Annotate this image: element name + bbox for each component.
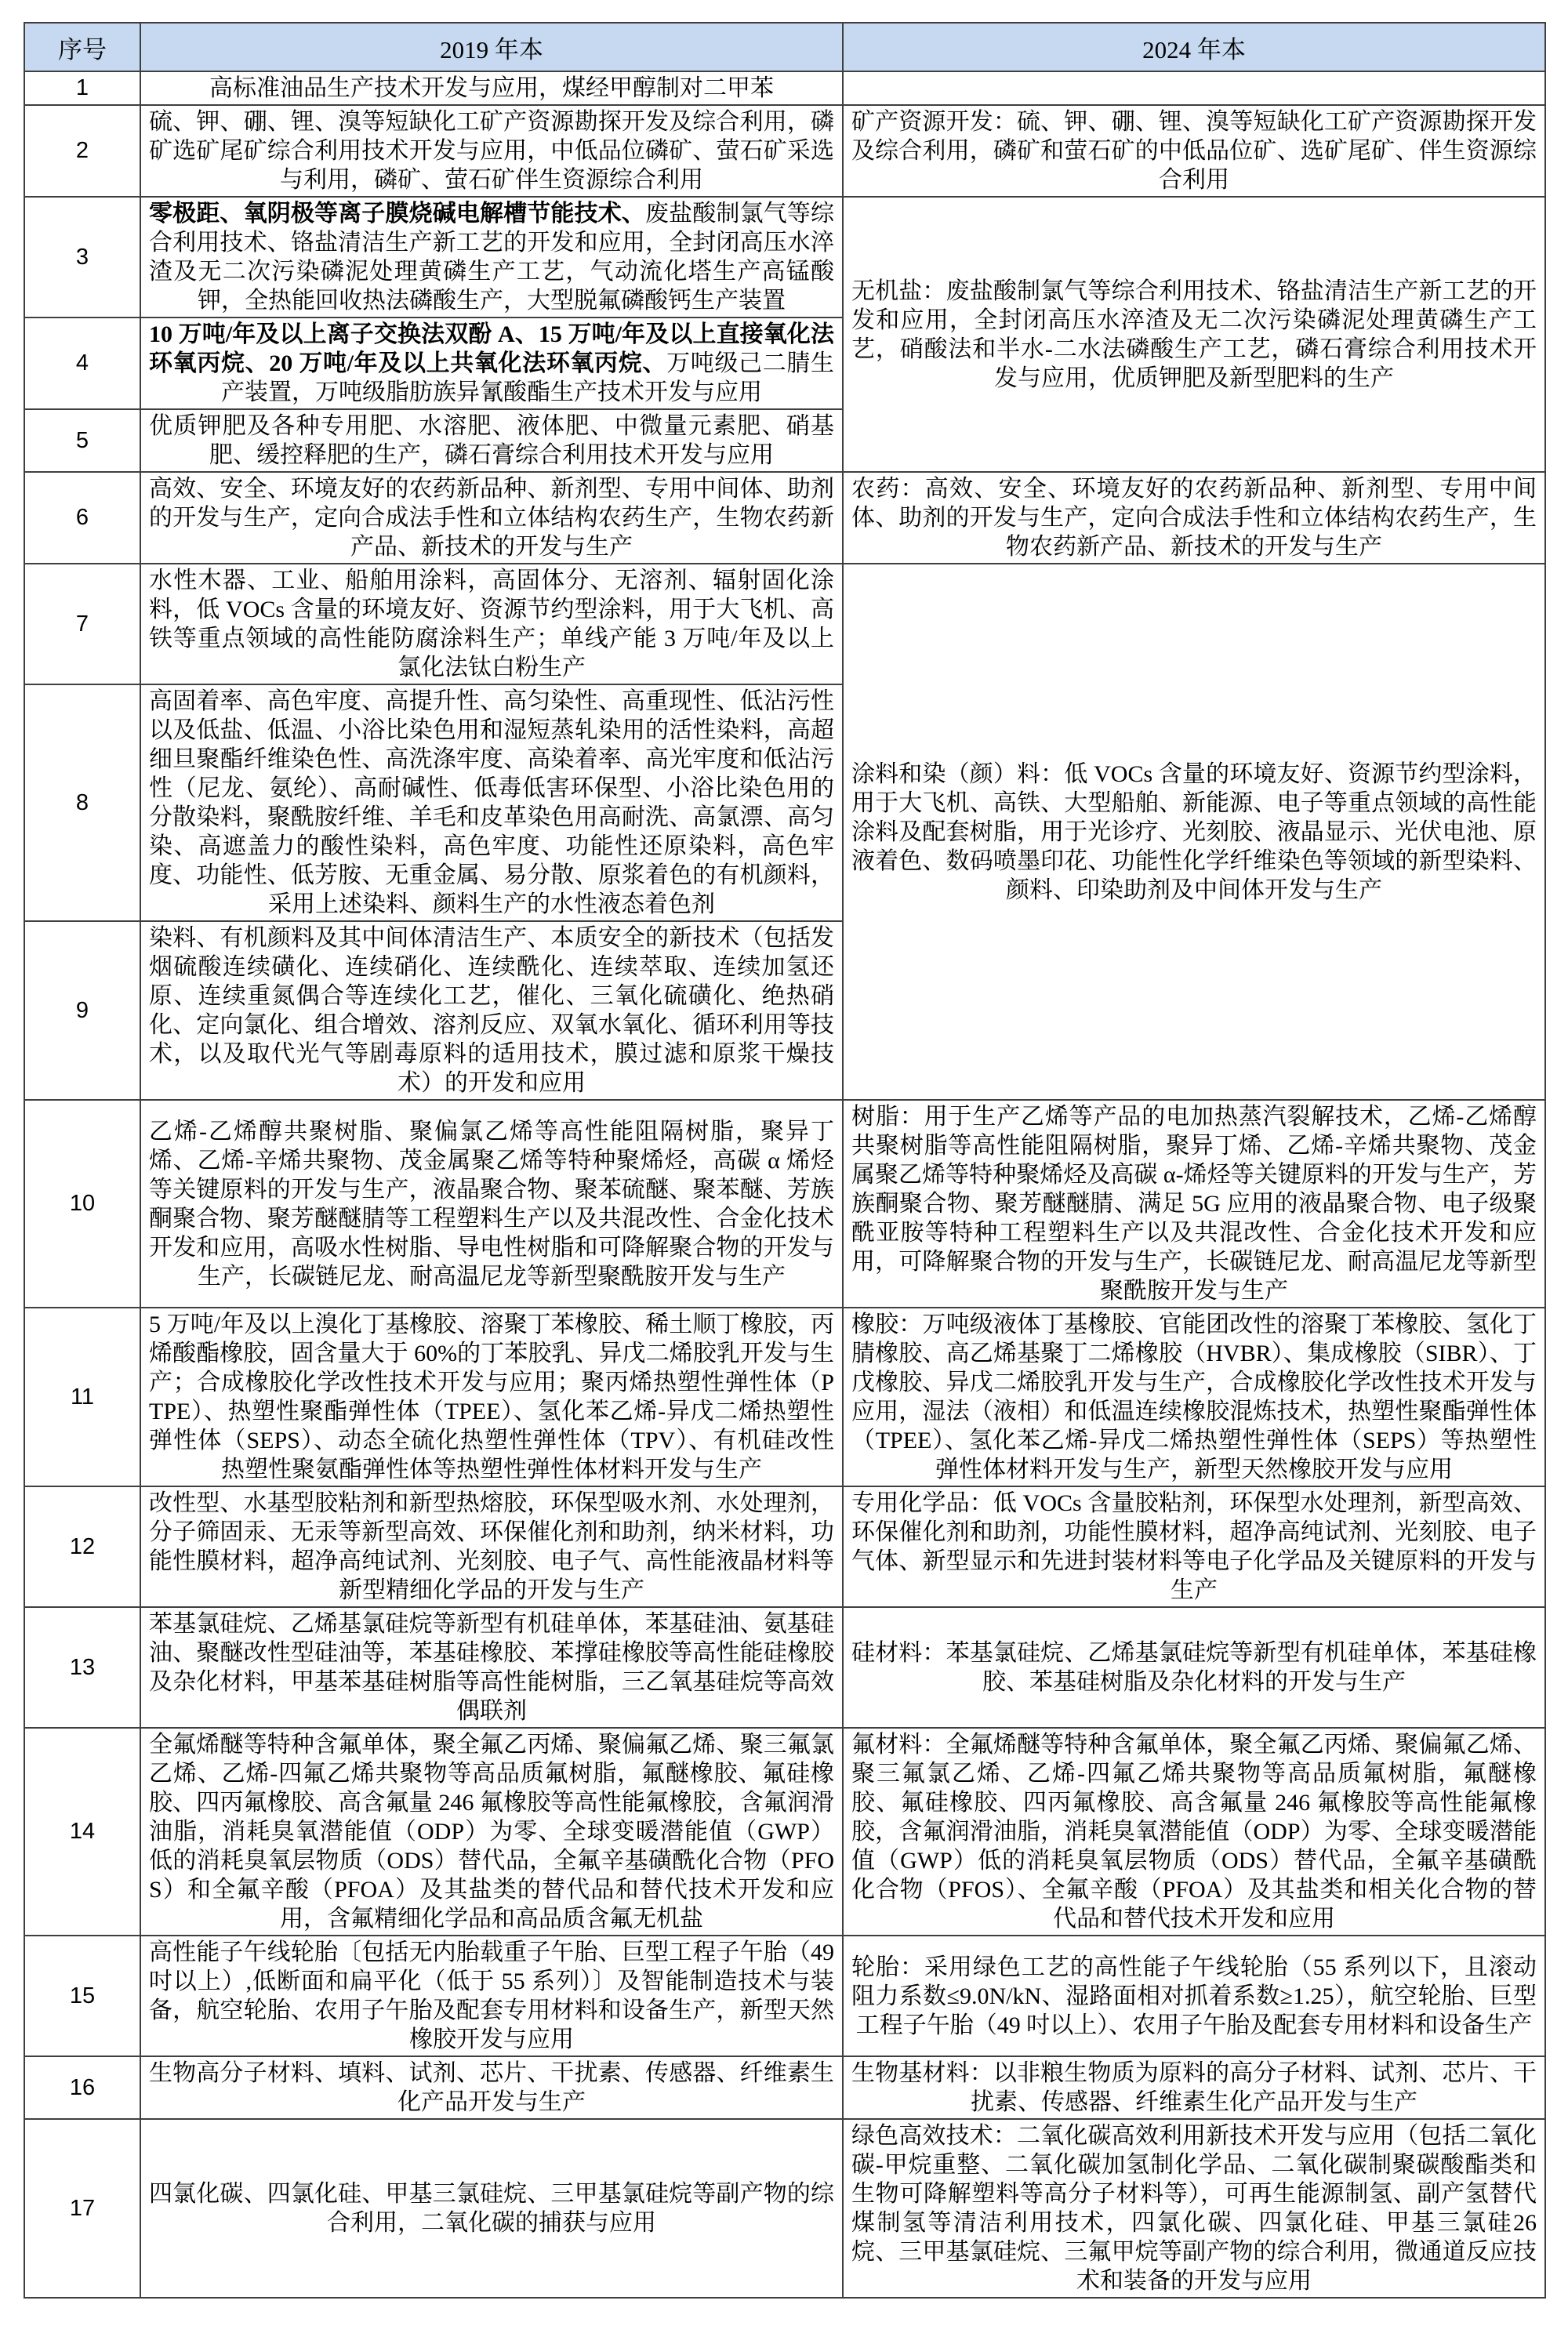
cell-2019-row-15: 高性能子午线轮胎〔包括无内胎载重子午胎、巨型工程子午胎（49 吋以上）,低断面和…: [140, 1936, 843, 2056]
row-number-11: 11: [24, 1308, 140, 1486]
row-number-8: 8: [24, 684, 140, 921]
table-row-15: 15高性能子午线轮胎〔包括无内胎载重子午胎、巨型工程子午胎（49 吋以上）,低断…: [24, 1936, 1545, 2056]
cell-text: 全氟烯醚等特种含氟单体，聚全氟乙丙烯、聚偏氟乙烯、聚三氟氯乙烯、乙烯-四氟乙烯共…: [149, 1732, 834, 1932]
row-number-9: 9: [24, 921, 140, 1100]
cell-2024-row-13: 硅材料：苯基氯硅烷、乙烯基氯硅烷等新型有机硅单体，苯基硅橡胶、苯基硅树脂及杂化材…: [843, 1607, 1545, 1728]
cell-2019-row-12: 改性型、水基型胶粘剂和新型热熔胶，环保型吸水剂、水处理剂，分子筛固汞、无汞等新型…: [140, 1486, 843, 1607]
cell-2024-row-12: 专用化学品：低 VOCs 含量胶粘剂，环保型水处理剂，新型高效、环保催化剂和助剂…: [843, 1486, 1545, 1607]
row-number-3: 3: [24, 197, 140, 317]
cell-text: 生物基材料：以非粮生物质为原料的高分子材料、试剂、芯片、干扰素、传感器、纤维素生…: [851, 2060, 1537, 2115]
cell-text: 高固着率、高色牢度、高提升性、高匀染性、高重现性、低沾污性以及低盐、低温、小浴比…: [149, 688, 834, 917]
cell-text: 轮胎：采用绿色工艺的高性能子午线轮胎（55 系列以下，且滚动阻力系数≤9.0N/…: [851, 1954, 1537, 2038]
cell-2019-row-6: 高效、安全、环境友好的农药新品种、新剂型、专用中间体、助剂的开发与生产，定向合成…: [140, 472, 843, 564]
row-number-12: 12: [24, 1486, 140, 1607]
table-header: 序号 2019 年本 2024 年本: [24, 23, 1545, 71]
cell-text: 氟材料：全氟烯醚等特种含氟单体，聚全氟乙丙烯、聚偏氟乙烯、聚三氟氯乙烯、乙烯-四…: [851, 1732, 1537, 1932]
row-number-6: 6: [24, 472, 140, 564]
cell-text: 优质钾肥及各种专用肥、水溶肥、液体肥、中微量元素肥、硝基肥、缓控释肥的生产，磷石…: [149, 413, 834, 468]
cell-text: 改性型、水基型胶粘剂和新型热熔胶，环保型吸水剂、水处理剂，分子筛固汞、无汞等新型…: [149, 1490, 834, 1603]
cell-2019-row-8: 高固着率、高色牢度、高提升性、高匀染性、高重现性、低沾污性以及低盐、低温、小浴比…: [140, 684, 843, 921]
cell-text: 生物高分子材料、填料、试剂、芯片、干扰素、传感器、纤维素生化产品开发与生产: [149, 2060, 834, 2115]
cell-2024-row-6: 农药：高效、安全、环境友好的农药新品种、新剂型、专用中间体、助剂的开发与生产，定…: [843, 472, 1545, 564]
cell-2019-row-9: 染料、有机颜料及其中间体清洁生产、本质安全的新技术（包括发烟硫酸连续磺化、连续硝…: [140, 921, 843, 1100]
comparison-table: 序号 2019 年本 2024 年本 1高标准油品生产技术开发与应用，煤经甲醇制…: [24, 22, 1546, 2299]
cell-2024-row-2: 矿产资源开发：硫、钾、硼、锂、溴等短缺化工矿产资源勘探开发及综合利用，磷矿和萤石…: [843, 105, 1545, 197]
cell-2024-row-10: 树脂：用于生产乙烯等产品的电加热蒸汽裂解技术，乙烯-乙烯醇共聚树脂等高性能阻隔树…: [843, 1100, 1545, 1308]
cell-2019-row-13: 苯基氯硅烷、乙烯基氯硅烷等新型有机硅单体，苯基硅油、氨基硅油、聚醚改性型硅油等，…: [140, 1607, 843, 1728]
cell-text: 橡胶：万吨级液体丁基橡胶、官能团改性的溶聚丁苯橡胶、氢化丁腈橡胶、高乙烯基聚丁二…: [851, 1312, 1537, 1482]
cell-text: 乙烯-乙烯醇共聚树脂、聚偏氯乙烯等高性能阻隔树脂，聚异丁烯、乙烯-辛烯共聚物、茂…: [149, 1119, 834, 1290]
table-row-10: 10乙烯-乙烯醇共聚树脂、聚偏氯乙烯等高性能阻隔树脂，聚异丁烯、乙烯-辛烯共聚物…: [24, 1100, 1545, 1308]
row-number-10: 10: [24, 1100, 140, 1308]
cell-2019-row-17: 四氯化碳、四氯化硅、甲基三氯硅烷、三甲基氯硅烷等副产物的综合利用，二氧化碳的捕获…: [140, 2119, 843, 2298]
table-row-16: 16生物高分子材料、填料、试剂、芯片、干扰素、传感器、纤维素生化产品开发与生产生…: [24, 2056, 1545, 2119]
cell-text: 水性木器、工业、船舶用涂料，高固体分、无溶剂、辐射固化涂料，低 VOCs 含量的…: [149, 568, 834, 680]
cell-2019-row-1: 高标准油品生产技术开发与应用，煤经甲醇制对二甲苯: [140, 71, 843, 105]
cell-2024-row-16: 生物基材料：以非粮生物质为原料的高分子材料、试剂、芯片、干扰素、传感器、纤维素生…: [843, 2056, 1545, 2119]
row-number-2: 2: [24, 105, 140, 197]
cell-text: 5 万吨/年及以上溴化丁基橡胶、溶聚丁苯橡胶、稀土顺丁橡胶，丙烯酸酯橡胶，固含量…: [149, 1312, 834, 1482]
cell-text: 涂料和染（颜）料：低 VOCs 含量的环境友好、资源节约型涂料，用于大飞机、高铁…: [851, 761, 1537, 903]
cell-text: 专用化学品：低 VOCs 含量胶粘剂，环保型水处理剂，新型高效、环保催化剂和助剂…: [851, 1490, 1537, 1603]
cell-text: 四氯化碳、四氯化硅、甲基三氯硅烷、三甲基氯硅烷等副产物的综合利用，二氧化碳的捕获…: [149, 2181, 834, 2236]
cell-text: 绿色高效技术：二氧化碳高效利用新技术开发与应用（包括二氧化碳-甲烷重整、二氧化碳…: [851, 2123, 1537, 2294]
cell-text-bold: 零极距、氧阴极等离子膜烧碱电解槽节能技术、: [149, 201, 645, 227]
cell-2019-row-2: 硫、钾、硼、锂、溴等短缺化工矿产资源勘探开发及综合利用，磷矿选矿尾矿综合利用技术…: [140, 105, 843, 197]
cell-text: 矿产资源开发：硫、钾、硼、锂、溴等短缺化工矿产资源勘探开发及综合利用，磷矿和萤石…: [851, 109, 1537, 193]
table-row-6: 6高效、安全、环境友好的农药新品种、新剂型、专用中间体、助剂的开发与生产，定向合…: [24, 472, 1545, 564]
cell-2019-row-5: 优质钾肥及各种专用肥、水溶肥、液体肥、中微量元素肥、硝基肥、缓控释肥的生产，磷石…: [140, 409, 843, 472]
table-row-11: 115 万吨/年及以上溴化丁基橡胶、溶聚丁苯橡胶、稀土顺丁橡胶，丙烯酸酯橡胶，固…: [24, 1308, 1545, 1486]
cell-2024-row-11: 橡胶：万吨级液体丁基橡胶、官能团改性的溶聚丁苯橡胶、氢化丁腈橡胶、高乙烯基聚丁二…: [843, 1308, 1545, 1486]
cell-2024-row-15: 轮胎：采用绿色工艺的高性能子午线轮胎（55 系列以下，且滚动阻力系数≤9.0N/…: [843, 1936, 1545, 2056]
table-row-1: 1高标准油品生产技术开发与应用，煤经甲醇制对二甲苯: [24, 71, 1545, 105]
cell-2024-row-14: 氟材料：全氟烯醚等特种含氟单体，聚全氟乙丙烯、聚偏氟乙烯、聚三氟氯乙烯、乙烯-四…: [843, 1728, 1545, 1936]
document-page: 序号 2019 年本 2024 年本 1高标准油品生产技术开发与应用，煤经甲醇制…: [0, 0, 1568, 2320]
cell-text: 硫、钾、硼、锂、溴等短缺化工矿产资源勘探开发及综合利用，磷矿选矿尾矿综合利用技术…: [149, 109, 834, 193]
table-row-7: 7水性木器、工业、船舶用涂料，高固体分、无溶剂、辐射固化涂料，低 VOCs 含量…: [24, 564, 1545, 684]
row-number-16: 16: [24, 2056, 140, 2119]
cell-2019-row-11: 5 万吨/年及以上溴化丁基橡胶、溶聚丁苯橡胶、稀土顺丁橡胶，丙烯酸酯橡胶，固含量…: [140, 1308, 843, 1486]
row-number-7: 7: [24, 564, 140, 684]
cell-2019-row-4: 10 万吨/年及以上离子交换法双酚 A、15 万吨/年及以上直接氧化法环氧丙烷、…: [140, 317, 843, 409]
header-col-2019: 2019 年本: [140, 23, 843, 71]
table-row-17: 17四氯化碳、四氯化硅、甲基三氯硅烷、三甲基氯硅烷等副产物的综合利用，二氧化碳的…: [24, 2119, 1545, 2298]
table-row-12: 12改性型、水基型胶粘剂和新型热熔胶，环保型吸水剂、水处理剂，分子筛固汞、无汞等…: [24, 1486, 1545, 1607]
cell-2019-row-10: 乙烯-乙烯醇共聚树脂、聚偏氯乙烯等高性能阻隔树脂，聚异丁烯、乙烯-辛烯共聚物、茂…: [140, 1100, 843, 1308]
cell-text: 高标准油品生产技术开发与应用，煤经甲醇制对二甲苯: [209, 75, 774, 101]
table-row-2: 2硫、钾、硼、锂、溴等短缺化工矿产资源勘探开发及综合利用，磷矿选矿尾矿综合利用技…: [24, 105, 1545, 197]
cell-2019-row-16: 生物高分子材料、填料、试剂、芯片、干扰素、传感器、纤维素生化产品开发与生产: [140, 2056, 843, 2119]
table-row-3: 3零极距、氧阴极等离子膜烧碱电解槽节能技术、废盐酸制氯气等综合利用技术、铬盐清洁…: [24, 197, 1545, 317]
row-number-17: 17: [24, 2119, 140, 2298]
cell-2024-row-7: 涂料和染（颜）料：低 VOCs 含量的环境友好、资源节约型涂料，用于大飞机、高铁…: [843, 564, 1545, 1100]
cell-text: 无机盐：废盐酸制氯气等综合利用技术、铬盐清洁生产新工艺的开发和应用，全封闭高压水…: [851, 278, 1537, 391]
cell-text: 高效、安全、环境友好的农药新品种、新剂型、专用中间体、助剂的开发与生产，定向合成…: [149, 476, 834, 560]
table-row-14: 14全氟烯醚等特种含氟单体，聚全氟乙丙烯、聚偏氟乙烯、聚三氟氯乙烯、乙烯-四氟乙…: [24, 1728, 1545, 1936]
cell-text: 农药：高效、安全、环境友好的农药新品种、新剂型、专用中间体、助剂的开发与生产，定…: [851, 476, 1537, 560]
cell-text: 高性能子午线轮胎〔包括无内胎载重子午胎、巨型工程子午胎（49 吋以上）,低断面和…: [149, 1939, 834, 2052]
header-row: 序号 2019 年本 2024 年本: [24, 23, 1545, 71]
cell-text: 苯基氯硅烷、乙烯基氯硅烷等新型有机硅单体，苯基硅油、氨基硅油、聚醚改性型硅油等，…: [149, 1611, 834, 1724]
cell-text: 染料、有机颜料及其中间体清洁生产、本质安全的新技术（包括发烟硫酸连续磺化、连续硝…: [149, 925, 834, 1096]
cell-2024-row-3: 无机盐：废盐酸制氯气等综合利用技术、铬盐清洁生产新工艺的开发和应用，全封闭高压水…: [843, 197, 1545, 472]
row-number-1: 1: [24, 71, 140, 105]
cell-2019-row-14: 全氟烯醚等特种含氟单体，聚全氟乙丙烯、聚偏氟乙烯、聚三氟氯乙烯、乙烯-四氟乙烯共…: [140, 1728, 843, 1936]
header-col-no: 序号: [24, 23, 140, 71]
cell-text: 树脂：用于生产乙烯等产品的电加热蒸汽裂解技术，乙烯-乙烯醇共聚树脂等高性能阻隔树…: [851, 1104, 1537, 1304]
cell-2024-row-1: [843, 71, 1545, 105]
row-number-15: 15: [24, 1936, 140, 2056]
row-number-13: 13: [24, 1607, 140, 1728]
cell-2019-row-3: 零极距、氧阴极等离子膜烧碱电解槽节能技术、废盐酸制氯气等综合利用技术、铬盐清洁生…: [140, 197, 843, 317]
cell-2024-row-17: 绿色高效技术：二氧化碳高效利用新技术开发与应用（包括二氧化碳-甲烷重整、二氧化碳…: [843, 2119, 1545, 2298]
row-number-14: 14: [24, 1728, 140, 1936]
table-body: 1高标准油品生产技术开发与应用，煤经甲醇制对二甲苯2硫、钾、硼、锂、溴等短缺化工…: [24, 71, 1545, 2298]
row-number-4: 4: [24, 317, 140, 409]
cell-text: 硅材料：苯基氯硅烷、乙烯基氯硅烷等新型有机硅单体，苯基硅橡胶、苯基硅树脂及杂化材…: [851, 1640, 1537, 1695]
header-col-2024: 2024 年本: [843, 23, 1545, 71]
cell-2019-row-7: 水性木器、工业、船舶用涂料，高固体分、无溶剂、辐射固化涂料，低 VOCs 含量的…: [140, 564, 843, 684]
table-row-13: 13苯基氯硅烷、乙烯基氯硅烷等新型有机硅单体，苯基硅油、氨基硅油、聚醚改性型硅油…: [24, 1607, 1545, 1728]
row-number-5: 5: [24, 409, 140, 472]
